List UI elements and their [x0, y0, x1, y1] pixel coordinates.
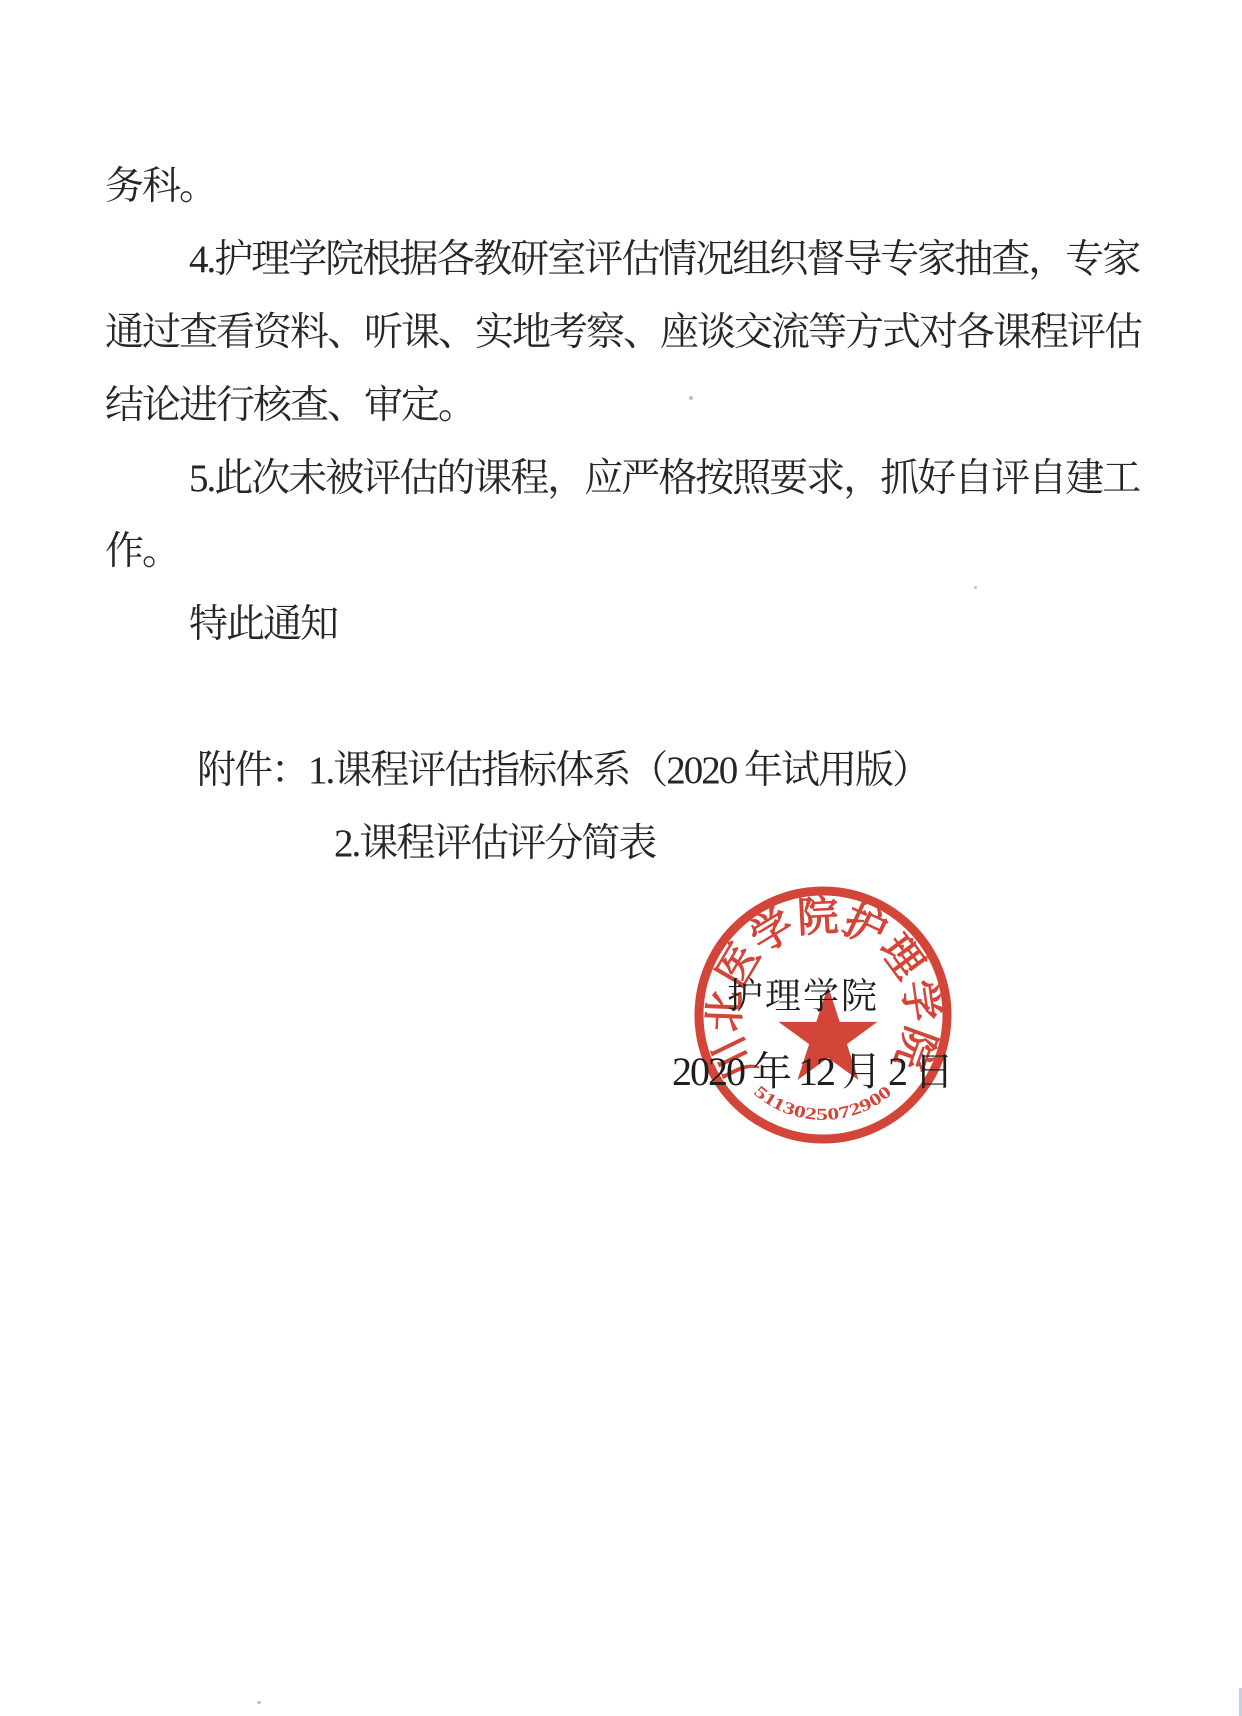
scan-speck	[689, 396, 693, 400]
signature-org: 护理学院	[727, 968, 879, 1019]
signature-date: 2020 年 12 月 2 日	[672, 1040, 952, 1097]
text-line: 4.护理学院根据各教研室评估情况组织督导专家抽查，专家	[105, 223, 1180, 296]
text-line: 作。	[105, 515, 1180, 588]
text-line: 通过查看资料、听课、实地考察、座谈交流等方式对各课程评估	[105, 296, 1180, 369]
scan-speck	[974, 586, 977, 589]
text-line: 务科。	[105, 150, 1180, 223]
closing-phrase: 特此通知	[105, 588, 1180, 661]
document-text-block: 务科。 4.护理学院根据各教研室评估情况组织督导专家抽查，专家 通过查看资料、听…	[105, 150, 1180, 880]
scanned-notice-page: { "page": { "type": "scanned official no…	[0, 0, 1242, 1716]
scan-speck	[257, 1701, 261, 1704]
attachment-line-1: 附件：1.课程评估指标体系（2020 年试用版）	[105, 734, 1180, 807]
text-line: 5.此次未被评估的课程，应严格按照要求，抓好自评自建工	[105, 442, 1180, 515]
attachment-line-2: 2.课程评估评分简表	[105, 807, 1180, 880]
text-line: 结论进行核查、审定。	[105, 369, 1180, 442]
